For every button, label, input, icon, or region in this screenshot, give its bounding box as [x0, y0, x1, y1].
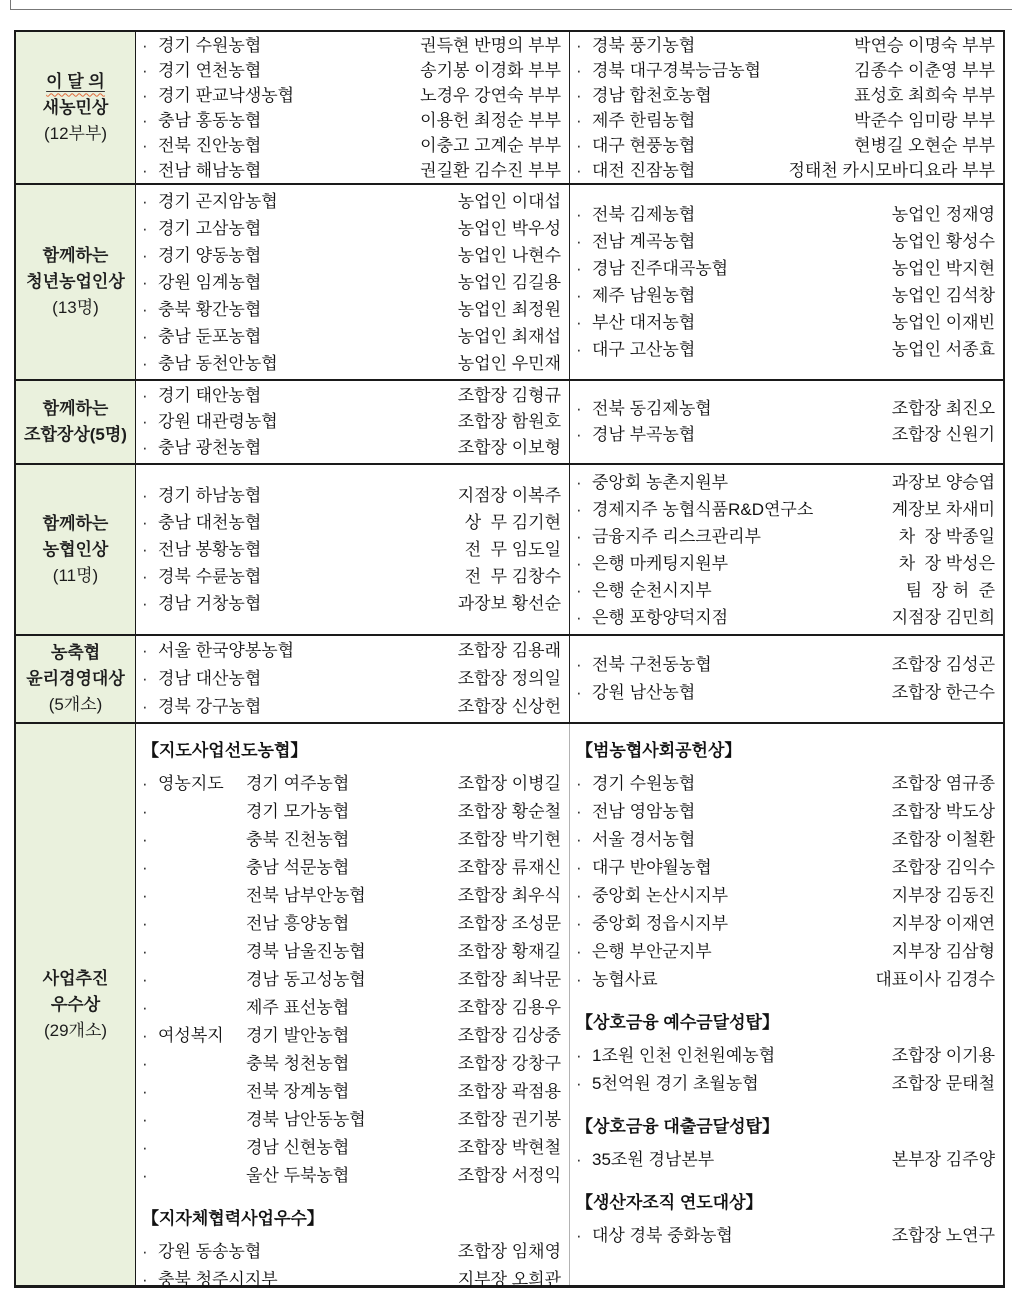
bullet-icon: ·	[142, 108, 158, 133]
person-name: 조합장 조성문	[458, 910, 561, 938]
table-row: ·경남 신현농협조합장 박현철	[142, 1134, 561, 1162]
person-name: 조합장 곽점용	[458, 1078, 561, 1106]
person-name: 조합장 이병길	[458, 770, 561, 798]
org-name: 대전 진잠농협	[592, 158, 788, 183]
org-name: 강원 임계농협	[158, 269, 458, 296]
bullet-icon: ·	[576, 770, 592, 798]
table-row: ·영농지도경기 여주농협조합장 이병길	[142, 770, 561, 798]
table-row: ·전북 김제농협농업인 정재영	[576, 201, 995, 228]
bullet-icon: ·	[142, 188, 158, 215]
bullet-icon: ·	[142, 536, 158, 563]
org-name: 경기 수원농협	[158, 33, 420, 58]
person-name: 김종수 이춘영 부부	[854, 58, 995, 83]
person-name: 조합장 김용우	[458, 994, 561, 1022]
org-name: 은행 포항양덕지점	[592, 604, 892, 631]
table-row: ·전남 흥양농협조합장 조성문	[142, 910, 561, 938]
bullet-icon: ·	[576, 201, 592, 228]
person-name: 표성호 최희숙 부부	[854, 83, 995, 108]
person-name: 조합장 강창구	[458, 1050, 561, 1078]
award-section-young-farmer-award: 함께하는청년농업인상(13명)·경기 곤지암농협농업인 이대섭·경기 고삼농협농…	[16, 185, 1003, 381]
section-content: ·경기 수원농협권득현 반명의 부부·경기 연천농협송기봉 이경화 부부·경기 …	[136, 32, 1003, 183]
table-row: ·경남 거창농협과장보 황선순	[142, 590, 561, 617]
org-name: 충북 청주시지부	[158, 1266, 458, 1294]
org-name: 전남 계곡농협	[592, 228, 892, 255]
table-row: ·울산 두북농협조합장 서정익	[142, 1162, 561, 1190]
bullet-icon: ·	[576, 469, 592, 496]
org-name: 경제지주 농협식품R&D연구소	[592, 496, 892, 523]
table-row: ·충남 둔포농협농업인 최재섭	[142, 323, 561, 350]
org-name: 경기 하남농협	[158, 482, 458, 509]
org-name: 제주 남원농협	[592, 282, 892, 309]
person-name: 농업인 우민재	[458, 350, 561, 377]
org-name: 5천억원 경기 초월농협	[592, 1070, 892, 1098]
bullet-icon: ·	[142, 482, 158, 509]
org-name: 금융지주 리스크관리부	[592, 523, 899, 550]
award-group: 【지도사업선도농협】·영농지도경기 여주농협조합장 이병길·경기 모가농협조합장…	[142, 734, 561, 1190]
bullet-icon: ·	[142, 1134, 158, 1162]
table-row: ·충남 대천농협상 무 김기현	[142, 509, 561, 536]
person-name: 조합장 류재신	[458, 854, 561, 882]
entries-column: ·경기 수원농협권득현 반명의 부부·경기 연천농협송기봉 이경화 부부·경기 …	[136, 32, 569, 183]
table-row: ·대전 진잠농협정태천 카시모바디요라 부부	[576, 158, 995, 183]
entries-column: ·전북 구천동농협조합장 김성곤·강원 남산농협조합장 한근수	[569, 636, 1003, 722]
table-row: ·전남 계곡농협농업인 황성수	[576, 228, 995, 255]
section-label-line: 청년농업인상	[26, 269, 125, 295]
table-row: ·경기 수원농협권득현 반명의 부부	[142, 33, 561, 58]
award-section-new-farmer-award: 이 달 의새농민상(12부부)·경기 수원농협권득현 반명의 부부·경기 연천농…	[16, 32, 1003, 185]
person-name: 조합장 임채영	[458, 1238, 561, 1266]
bullet-icon: ·	[142, 882, 158, 910]
table-row: ·대구 고산농협농업인 서종효	[576, 336, 995, 363]
bullet-icon: ·	[576, 854, 592, 882]
section-label-line: 농축협	[51, 640, 100, 666]
org-name: 울산 두북농협	[246, 1162, 458, 1190]
person-name: 지부장 이재연	[892, 910, 995, 938]
person-name: 박연승 이명숙 부부	[854, 33, 995, 58]
section-label: 사업추진우수상(29개소)	[16, 724, 136, 1285]
table-row: ·경남 동고성농협조합장 최낙문	[142, 966, 561, 994]
org-name: 경북 풍기농협	[592, 33, 854, 58]
org-name: 충남 동천안농협	[158, 350, 458, 377]
person-name: 농업인 박우성	[458, 215, 561, 242]
award-section-ethics-management-award: 농축협윤리경영대상(5개소)·서울 한국양봉농협조합장 김용래·경남 대산농협조…	[16, 636, 1003, 724]
bullet-icon: ·	[142, 33, 158, 58]
table-row: ·충북 청주시지부지부장 오희관	[142, 1266, 561, 1294]
award-group: 【생산자조직 연도대상】·대상 경북 중화농협조합장 노연구	[576, 1186, 995, 1250]
org-name: 서울 한국양봉농협	[158, 637, 458, 665]
bullet-icon: ·	[576, 228, 592, 255]
person-name: 조합장 함원호	[458, 409, 561, 435]
table-row: ·제주 한림농협박준수 임미랑 부부	[576, 108, 995, 133]
section-content: ·경기 곤지암농협농업인 이대섭·경기 고삼농협농업인 박우성·경기 양동농협농…	[136, 185, 1003, 379]
bullet-icon: ·	[576, 496, 592, 523]
table-row: ·제주 표선농협조합장 김용우	[142, 994, 561, 1022]
person-name: 조합장 김용래	[458, 637, 561, 665]
person-name: 지점장 김민희	[892, 604, 995, 631]
entry-category-label: 여성복지	[158, 1022, 246, 1050]
person-name: 조합장 최진오	[892, 396, 995, 422]
person-name: 박준수 임미랑 부부	[854, 108, 995, 133]
person-name: 정태천 카시모바디요라 부부	[788, 158, 995, 183]
section-content: ·서울 한국양봉농협조합장 김용래·경남 대산농협조합장 정의일·경북 강구농협…	[136, 636, 1003, 722]
person-name: 권득현 반명의 부부	[420, 33, 561, 58]
person-name: 조합장 황재길	[458, 938, 561, 966]
org-name: 전북 동김제농협	[592, 396, 892, 422]
bullet-icon: ·	[142, 323, 158, 350]
org-name: 경북 남울진농협	[246, 938, 458, 966]
org-name: 경기 여주농협	[246, 770, 458, 798]
bullet-icon: ·	[142, 770, 158, 798]
bullet-icon: ·	[142, 158, 158, 183]
entries-column: ·서울 한국양봉농협조합장 김용래·경남 대산농협조합장 정의일·경북 강구농협…	[136, 636, 569, 722]
person-name: 송기봉 이경화 부부	[420, 58, 561, 83]
entries-column: ·경북 풍기농협박연승 이명숙 부부·경북 대구경북능금농협김종수 이춘영 부부…	[569, 32, 1003, 183]
section-label-line: 윤리경영대상	[26, 666, 125, 692]
person-name: 조합장 이보형	[458, 435, 561, 461]
org-name: 부산 대저농협	[592, 309, 892, 336]
table-row: ·경북 풍기농협박연승 이명숙 부부	[576, 33, 995, 58]
org-name: 경기 태안농협	[158, 383, 458, 409]
org-name: 대구 반야월농협	[592, 854, 892, 882]
person-name: 조합장 김형규	[458, 383, 561, 409]
bullet-icon: ·	[142, 409, 158, 435]
table-row: ·중앙회 농촌지원부과장보 양승엽	[576, 469, 995, 496]
person-name: 농업인 최정원	[458, 296, 561, 323]
bullet-icon: ·	[576, 938, 592, 966]
bullet-icon: ·	[576, 882, 592, 910]
section-label-line: 함께하는	[43, 396, 109, 422]
org-name: 중앙회 농촌지원부	[592, 469, 892, 496]
table-row: ·경남 부곡농협조합장 신원기	[576, 422, 995, 448]
org-name: 강원 남산농협	[592, 679, 892, 707]
org-name: 제주 한림농협	[592, 108, 854, 133]
person-name: 조합장 최낙문	[458, 966, 561, 994]
bullet-icon: ·	[142, 826, 158, 854]
table-row: ·경기 판교낙생농협노경우 강연숙 부부	[142, 83, 561, 108]
table-row: ·경남 진주대곡농협농업인 박지현	[576, 255, 995, 282]
table-row: ·경기 고삼농협농업인 박우성	[142, 215, 561, 242]
person-name: 농업인 정재영	[892, 201, 995, 228]
org-name: 서울 경서농협	[592, 826, 892, 854]
bullet-icon: ·	[576, 679, 592, 707]
person-name: 노경우 강연숙 부부	[420, 83, 561, 108]
person-name: 농업인 최재섭	[458, 323, 561, 350]
bullet-icon: ·	[576, 550, 592, 577]
person-name: 조합장 최우식	[458, 882, 561, 910]
bullet-icon: ·	[142, 242, 158, 269]
section-label: 함께하는청년농업인상(13명)	[16, 185, 136, 379]
award-group: 【범농협사회공헌상】·경기 수원농협조합장 염규종·전남 영암농협조합장 박도상…	[576, 734, 995, 994]
table-row: ·경기 곤지암농협농업인 이대섭	[142, 188, 561, 215]
table-row: ·중앙회 정읍시지부지부장 이재연	[576, 910, 995, 938]
bullet-icon: ·	[576, 1070, 592, 1098]
bullet-icon: ·	[142, 637, 158, 665]
section-label: 함께하는조합장상(5명)	[16, 381, 136, 463]
person-name: 농업인 황성수	[892, 228, 995, 255]
bullet-icon: ·	[576, 33, 592, 58]
bullet-icon: ·	[576, 1042, 592, 1070]
bullet-icon: ·	[576, 158, 592, 183]
org-name: 은행 부안군지부	[592, 938, 892, 966]
table-row: ·전북 진안농협이충고 고계순 부부	[142, 133, 561, 158]
bullet-icon: ·	[576, 133, 592, 158]
org-name: 1조원 인천 인천원예농협	[592, 1042, 892, 1070]
section-content: ·경기 하남농협지점장 이복주·충남 대천농협상 무 김기현·전남 봉황농협전 …	[136, 465, 1003, 634]
bullet-icon: ·	[576, 577, 592, 604]
table-row: ·충북 진천농협조합장 박기현	[142, 826, 561, 854]
award-group: 【상호금융 예수금달성탑】·1조원 인천 인천원예농협조합장 이기용·5천억원 …	[576, 1006, 995, 1098]
org-name: 충남 둔포농협	[158, 323, 458, 350]
bullet-icon: ·	[142, 1078, 158, 1106]
person-name: 상 무 김기현	[465, 509, 561, 536]
person-name: 조합장 황순철	[458, 798, 561, 826]
org-name: 전남 흥양농협	[246, 910, 458, 938]
person-name: 조합장 박도상	[892, 798, 995, 826]
person-name: 조합장 염규종	[892, 770, 995, 798]
awards-table: 이 달 의새농민상(12부부)·경기 수원농협권득현 반명의 부부·경기 연천농…	[14, 30, 1005, 1288]
org-name: 충북 진천농협	[246, 826, 458, 854]
org-name: 중앙회 정읍시지부	[592, 910, 892, 938]
section-label-line: 함께하는	[43, 511, 109, 537]
bullet-icon: ·	[576, 1222, 592, 1250]
bullet-icon: ·	[576, 826, 592, 854]
org-name: 전북 구천동농협	[592, 651, 892, 679]
table-row: ·전북 구천동농협조합장 김성곤	[576, 651, 995, 679]
table-row: ·대상 경북 중화농협조합장 노연구	[576, 1222, 995, 1250]
person-name: 팀 장 허 준	[906, 577, 995, 604]
org-name: 은행 순천시지부	[592, 577, 906, 604]
person-name: 계장보 차새미	[892, 496, 995, 523]
org-name: 경남 동고성농협	[246, 966, 458, 994]
section-content: ·경기 태안농협조합장 김형규·강원 대관령농협조합장 함원호·충남 광천농협조…	[136, 381, 1003, 463]
org-name: 경남 부곡농협	[592, 422, 892, 448]
org-name: 전남 해남농협	[158, 158, 420, 183]
person-name: 조합장 이기용	[892, 1042, 995, 1070]
table-row: ·여성복지경기 발안농협조합장 김상중	[142, 1022, 561, 1050]
org-name: 경기 모가농협	[246, 798, 458, 826]
bullet-icon: ·	[576, 58, 592, 83]
person-name: 전 무 김창수	[465, 563, 561, 590]
org-name: 충북 황간농협	[158, 296, 458, 323]
person-name: 농업인 서종효	[892, 336, 995, 363]
section-content: 【지도사업선도농협】·영농지도경기 여주농협조합장 이병길·경기 모가농협조합장…	[136, 724, 1003, 1285]
table-row: ·중앙회 논산시지부지부장 김동진	[576, 882, 995, 910]
org-name: 충북 청천농협	[246, 1050, 458, 1078]
person-name: 조합장 노연구	[892, 1222, 995, 1250]
award-section-nonghyup-person-award: 함께하는농협인상(11명)·경기 하남농협지점장 이복주·충남 대천농협상 무 …	[16, 465, 1003, 636]
person-name: 농업인 이대섭	[458, 188, 561, 215]
bullet-icon: ·	[142, 693, 158, 721]
bullet-icon: ·	[142, 994, 158, 1022]
person-name: 농업인 나현수	[458, 242, 561, 269]
award-group: 【상호금융 대출금달성탑】·35조원 경남본부본부장 김주양	[576, 1110, 995, 1174]
table-row: ·경북 수륜농협전 무 김창수	[142, 563, 561, 590]
person-name: 조합장 박현철	[458, 1134, 561, 1162]
table-row: ·서울 한국양봉농협조합장 김용래	[142, 637, 561, 665]
section-label-line: (11명)	[53, 563, 98, 589]
section-label-line: 조합장상(5명)	[24, 422, 127, 448]
table-row: ·경북 강구농협조합장 신상헌	[142, 693, 561, 721]
table-row: ·은행 마케팅지원부차 장 박성은	[576, 550, 995, 577]
bullet-icon: ·	[576, 396, 592, 422]
entries-column: ·경기 곤지암농협농업인 이대섭·경기 고삼농협농업인 박우성·경기 양동농협농…	[136, 185, 569, 379]
award-section-business-promotion-award: 사업추진우수상(29개소)【지도사업선도농협】·영농지도경기 여주농협조합장 이…	[16, 724, 1003, 1285]
table-row: ·1조원 인천 인천원예농협조합장 이기용	[576, 1042, 995, 1070]
group-header: 【범농협사회공헌상】	[576, 736, 995, 766]
bullet-icon: ·	[576, 651, 592, 679]
table-row: ·부산 대저농협농업인 이재빈	[576, 309, 995, 336]
table-row: ·강원 대관령농협조합장 함원호	[142, 409, 561, 435]
table-row: ·5천억원 경기 초월농협조합장 문태철	[576, 1070, 995, 1098]
org-name: 경북 대구경북능금농협	[592, 58, 854, 83]
table-row: ·전북 동김제농협조합장 최진오	[576, 396, 995, 422]
org-name: 대구 고산농협	[592, 336, 892, 363]
org-name: 경기 판교낙생농협	[158, 83, 420, 108]
table-row: ·경북 남울진농협조합장 황재길	[142, 938, 561, 966]
org-name: 충남 광천농협	[158, 435, 458, 461]
table-row: ·제주 남원농협농업인 김석창	[576, 282, 995, 309]
table-row: ·강원 남산농협조합장 한근수	[576, 679, 995, 707]
bullet-icon: ·	[142, 1238, 158, 1266]
section-label-line: 새농민상	[43, 95, 109, 121]
table-row: ·경기 하남농협지점장 이복주	[142, 482, 561, 509]
org-name: 경기 수원농협	[592, 770, 892, 798]
org-name: 35조원 경남본부	[592, 1146, 892, 1174]
bullet-icon: ·	[142, 269, 158, 296]
org-name: 강원 동송농협	[158, 1238, 458, 1266]
table-row: ·은행 부안군지부지부장 김삼형	[576, 938, 995, 966]
org-name: 전북 김제농협	[592, 201, 892, 228]
person-name: 권길환 김수진 부부	[420, 158, 561, 183]
person-name: 조합장 신원기	[892, 422, 995, 448]
table-row: ·35조원 경남본부본부장 김주양	[576, 1146, 995, 1174]
person-name: 현병길 오현순 부부	[854, 133, 995, 158]
group-header: 【상호금융 대출금달성탑】	[576, 1112, 995, 1142]
bullet-icon: ·	[576, 309, 592, 336]
bullet-icon: ·	[576, 336, 592, 363]
bullet-icon: ·	[142, 938, 158, 966]
person-name: 농업인 박지현	[892, 255, 995, 282]
table-row: ·전남 해남농협권길환 김수진 부부	[142, 158, 561, 183]
org-name: 전남 영암농협	[592, 798, 892, 826]
person-name: 대표이사 김경수	[875, 966, 995, 994]
org-name: 전북 남부안농협	[246, 882, 458, 910]
table-row: ·전북 남부안농협조합장 최우식	[142, 882, 561, 910]
person-name: 지부장 김삼형	[892, 938, 995, 966]
table-row: ·충남 석문농협조합장 류재신	[142, 854, 561, 882]
table-row: ·은행 순천시지부팀 장 허 준	[576, 577, 995, 604]
person-name: 지부장 김동진	[892, 882, 995, 910]
group-header: 【상호금융 예수금달성탑】	[576, 1008, 995, 1038]
table-row: ·강원 동송농협조합장 임채영	[142, 1238, 561, 1266]
org-name: 제주 표선농협	[246, 994, 458, 1022]
bullet-icon: ·	[576, 523, 592, 550]
person-name: 조합장 문태철	[892, 1070, 995, 1098]
table-row: ·서울 경서농협조합장 이철환	[576, 826, 995, 854]
person-name: 조합장 한근수	[892, 679, 995, 707]
section-label-line: (12부부)	[44, 121, 107, 147]
table-row: ·강원 임계농협농업인 김길용	[142, 269, 561, 296]
underline-black: 이 달 의	[46, 72, 105, 91]
entries-column: ·전북 동김제농협조합장 최진오·경남 부곡농협조합장 신원기	[569, 381, 1003, 463]
table-row: ·경기 모가농협조합장 황순철	[142, 798, 561, 826]
person-name: 조합장 서정익	[458, 1162, 561, 1190]
org-name: 경기 발안농협	[246, 1022, 458, 1050]
section-label-line: (29개소)	[44, 1018, 107, 1044]
entry-category-label: 영농지도	[158, 770, 246, 798]
table-row: ·충남 홍동농협이용헌 최정순 부부	[142, 108, 561, 133]
section-label: 이 달 의새농민상(12부부)	[16, 32, 136, 183]
bullet-icon: ·	[576, 798, 592, 826]
bullet-icon: ·	[576, 255, 592, 282]
table-row: ·경기 양동농협농업인 나현수	[142, 242, 561, 269]
section-label-line: 사업추진	[43, 966, 109, 992]
org-name: 경기 연천농협	[158, 58, 420, 83]
section-label: 함께하는농협인상(11명)	[16, 465, 136, 634]
table-row: ·경기 수원농협조합장 염규종	[576, 770, 995, 798]
person-name: 과장보 양승엽	[892, 469, 995, 496]
group-header: 【지도사업선도농협】	[142, 736, 561, 766]
person-name: 전 무 임도일	[465, 536, 561, 563]
bullet-icon: ·	[576, 108, 592, 133]
section-label-line: 농협인상	[43, 537, 109, 563]
person-name: 조합장 권기봉	[458, 1106, 561, 1134]
bullet-icon: ·	[576, 83, 592, 108]
entries-column: ·경기 하남농협지점장 이복주·충남 대천농협상 무 김기현·전남 봉황농협전 …	[136, 465, 569, 634]
table-row: ·경제지주 농협식품R&D연구소계장보 차새미	[576, 496, 995, 523]
person-name: 과장보 황선순	[458, 590, 561, 617]
table-row: ·충북 청천농협조합장 강창구	[142, 1050, 561, 1078]
group-header: 【생산자조직 연도대상】	[576, 1188, 995, 1218]
bullet-icon: ·	[142, 58, 158, 83]
org-name: 경기 곤지암농협	[158, 188, 458, 215]
section-label-line: 함께하는	[43, 243, 109, 269]
table-row: ·경남 합천호농협표성호 최희숙 부부	[576, 83, 995, 108]
table-row: ·농협사료대표이사 김경수	[576, 966, 995, 994]
org-name: 전북 진안농협	[158, 133, 420, 158]
award-group: 【지자체협력사업우수】·강원 동송농협조합장 임채영·충북 청주시지부지부장 오…	[142, 1202, 561, 1294]
org-name: 전북 장계농협	[246, 1078, 458, 1106]
cropped-table-edge-line	[10, 9, 1012, 10]
bullet-icon: ·	[576, 422, 592, 448]
bullet-icon: ·	[142, 910, 158, 938]
table-row: ·경북 대구경북능금농협김종수 이춘영 부부	[576, 58, 995, 83]
section-label-line: 이 달 의	[46, 69, 105, 95]
person-name: 농업인 이재빈	[892, 309, 995, 336]
bullet-icon: ·	[142, 435, 158, 461]
table-row: ·전남 영암농협조합장 박도상	[576, 798, 995, 826]
table-row: ·경기 태안농협조합장 김형규	[142, 383, 561, 409]
bullet-icon: ·	[576, 966, 592, 994]
bullet-icon: ·	[142, 590, 158, 617]
table-row: ·충북 황간농협농업인 최정원	[142, 296, 561, 323]
bullet-icon: ·	[142, 509, 158, 536]
bullet-icon: ·	[142, 383, 158, 409]
bullet-icon: ·	[142, 798, 158, 826]
table-row: ·충남 동천안농협농업인 우민재	[142, 350, 561, 377]
section-label-line: (13명)	[52, 295, 99, 321]
award-section-coop-president-award: 함께하는조합장상(5명)·경기 태안농협조합장 김형규·강원 대관령농협조합장 …	[16, 381, 1003, 465]
org-name: 대상 경북 중화농협	[592, 1222, 892, 1250]
org-name: 경북 남안동농협	[246, 1106, 458, 1134]
org-name: 경기 양동농협	[158, 242, 458, 269]
group-header: 【지자체협력사업우수】	[142, 1204, 561, 1234]
table-row: ·충남 광천농협조합장 이보형	[142, 435, 561, 461]
org-name: 충남 대천농협	[158, 509, 465, 536]
bullet-icon: ·	[142, 1022, 158, 1050]
bullet-icon: ·	[576, 1146, 592, 1174]
person-name: 차 장 박성은	[899, 550, 995, 577]
